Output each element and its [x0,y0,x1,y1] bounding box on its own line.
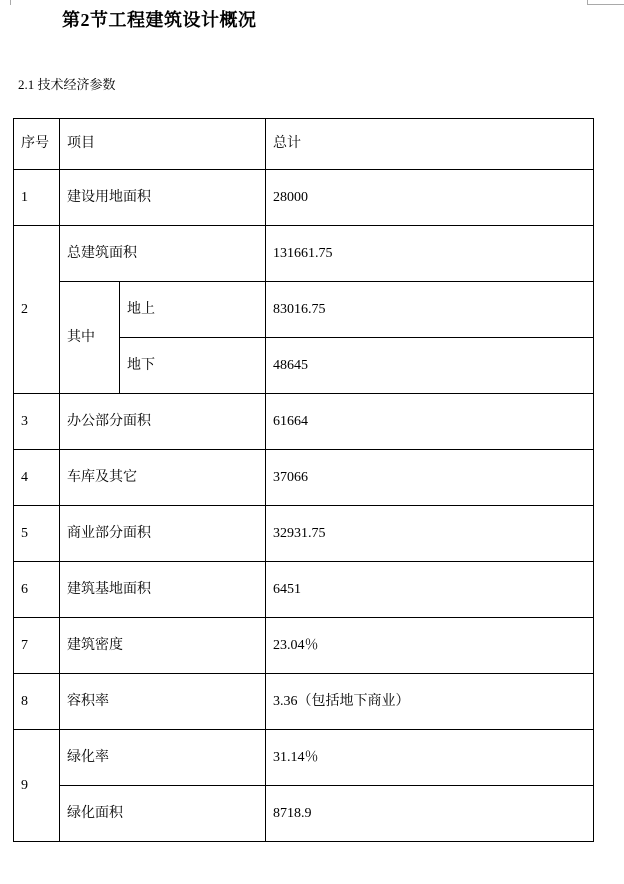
page-boundary-mark-right [587,0,624,5]
row-value-cell: 32931.75 [266,506,594,562]
subsection-heading: 2.1 技术经济参数 [18,74,116,93]
row-index-cell: 3 [14,394,60,450]
row-item-cell: 建筑密度 [60,618,266,674]
row-index-cell: 5 [14,506,60,562]
header-cell-total: 总计 [266,119,594,170]
row-item-cell: 绿化率 [60,730,266,786]
section-title: 第2节工程建筑设计概况 [62,6,257,32]
row-subitem-cell: 地上 [120,282,266,338]
table-row-3: 3 办公部分面积 61664 [14,394,594,450]
row-item-cell: 绿化面积 [60,786,266,842]
table-row-1: 1 建设用地面积 28000 [14,170,594,226]
row-index-cell: 9 [14,730,60,842]
row-value-cell: 131661.75 [266,226,594,282]
row-item-cell: 总建筑面积 [60,226,266,282]
row-item-cell: 办公部分面积 [60,394,266,450]
row-value-cell: 37066 [266,450,594,506]
row-item-cell: 建筑基地面积 [60,562,266,618]
page-boundary-mark-left [10,0,11,5]
row-value-cell: 23.04％ [266,618,594,674]
row-item-cell: 商业部分面积 [60,506,266,562]
row-index-cell: 8 [14,674,60,730]
row-index-cell: 6 [14,562,60,618]
row-value-cell: 6451 [266,562,594,618]
row-value-cell: 31.14％ [266,730,594,786]
row-item-cell: 建设用地面积 [60,170,266,226]
row-index-cell: 2 [14,226,60,394]
row-value-cell: 28000 [266,170,594,226]
row-item-cell: 容积率 [60,674,266,730]
table-row-9-green-rate: 9 绿化率 31.14％ [14,730,594,786]
row-value-cell: 48645 [266,338,594,394]
row-index-cell: 1 [14,170,60,226]
row-subitem-cell: 地下 [120,338,266,394]
row-item-cell: 车库及其它 [60,450,266,506]
header-cell-index: 序号 [14,119,60,170]
table-row-8: 8 容积率 3.36（包括地下商业） [14,674,594,730]
table-row-7: 7 建筑密度 23.04％ [14,618,594,674]
row-value-cell: 8718.9 [266,786,594,842]
row-index-cell: 7 [14,618,60,674]
row-value-cell: 3.36（包括地下商业） [266,674,594,730]
table-row-2-total: 2 总建筑面积 131661.75 [14,226,594,282]
table-row-4: 4 车库及其它 37066 [14,450,594,506]
row-value-cell: 83016.75 [266,282,594,338]
technical-economic-parameters-table: 序号 项目 总计 1 建设用地面积 28000 2 总建筑面积 131661.7… [13,118,594,842]
table-row-9-green-area: 绿化面积 8718.9 [14,786,594,842]
row-index-cell: 4 [14,450,60,506]
table-row-6: 6 建筑基地面积 6451 [14,562,594,618]
row-value-cell: 61664 [266,394,594,450]
table-header-row: 序号 项目 总计 [14,119,594,170]
table-row-2-above-ground: 其中 地上 83016.75 [14,282,594,338]
table-row-5: 5 商业部分面积 32931.75 [14,506,594,562]
row-subgroup-cell: 其中 [60,282,120,394]
header-cell-item: 项目 [60,119,266,170]
